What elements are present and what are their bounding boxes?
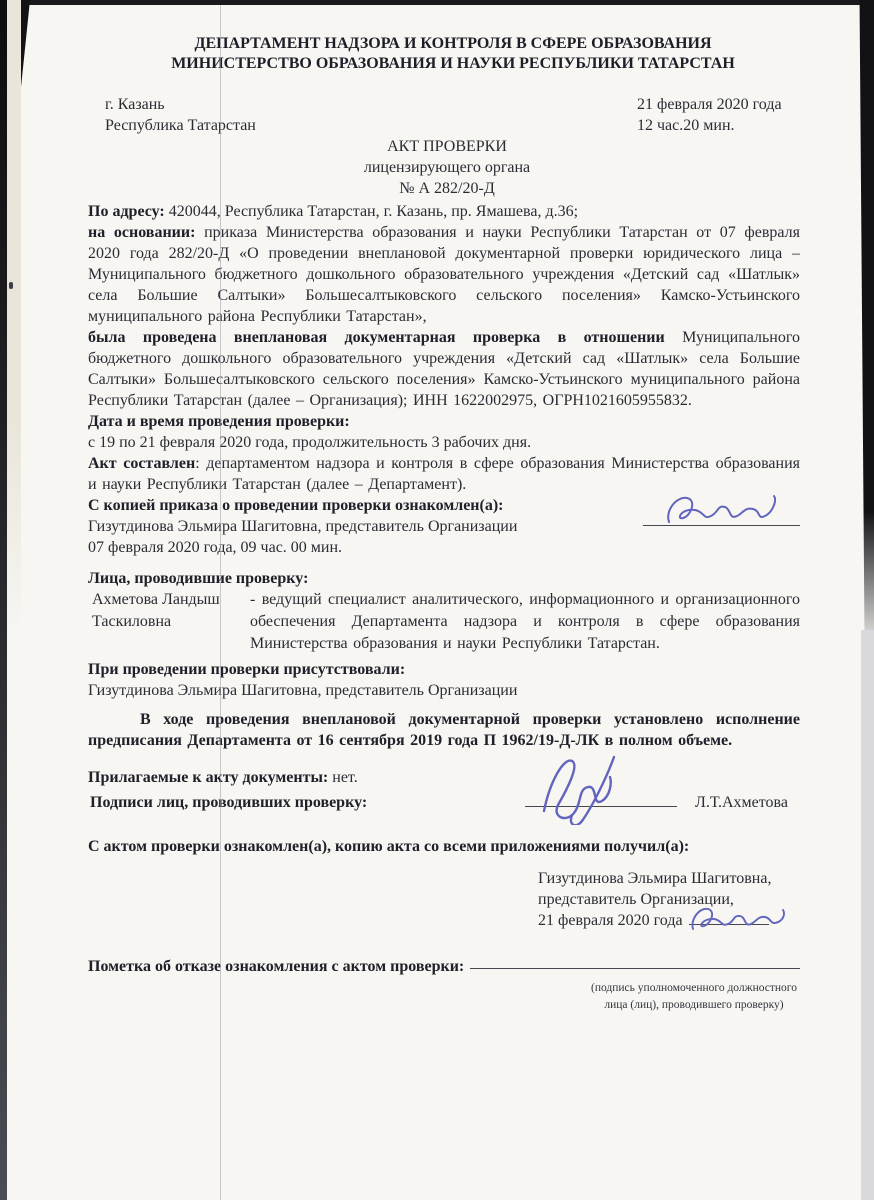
paragraph-composed: Акт составлен: департаментом надзора и к… xyxy=(88,453,800,495)
copy-person: Гизутдинова Эльмира Шагитовна, представи… xyxy=(88,516,517,537)
paragraph-copy-datetime: 07 февраля 2020 года, 09 час. 00 мин. xyxy=(88,537,800,558)
attachments-value: нет. xyxy=(328,769,357,786)
signature-field-1 xyxy=(643,511,800,532)
attachments-label: Прилагаемые к акту документы: xyxy=(88,769,328,786)
title-line-2: лицензирующего органа xyxy=(94,157,800,178)
signers-row: Подписи лиц, проводивших проверку: Л.Т.А… xyxy=(88,792,800,813)
receiver-name: Гизутдинова Эльмира Шагитовна, xyxy=(538,868,800,889)
doc-time: 12 час.20 мин. xyxy=(637,115,800,136)
paragraph-basis: на основании: приказа Министерства образ… xyxy=(88,222,800,327)
paragraph-conducted: была проведена внеплановая документарная… xyxy=(88,327,800,411)
place-region: Республика Татарстан xyxy=(105,115,256,136)
doc-date: 21 февраля 2020 года xyxy=(637,94,800,115)
scan-edge-left xyxy=(0,0,7,1200)
paragraph-inspectors-label: Лица, проводившие проверку: xyxy=(88,568,800,589)
datetime-label: Дата и время проведения проверки: xyxy=(88,413,350,430)
title-line-3: № А 282/20-Д xyxy=(94,178,800,199)
header-line-1: ДЕПАРТАМЕНТ НАДЗОРА И КОНТРОЛЯ В СФЕРЕ О… xyxy=(106,34,800,54)
signature-line-1 xyxy=(643,525,800,526)
receiver-date-row: 21 февраля 2020 года xyxy=(538,910,800,931)
paragraph-conclusion: В ходе проведения внеплановой документар… xyxy=(88,709,800,751)
composed-text: : департаментом надзора и контроля в сфе… xyxy=(88,455,800,493)
inspector-name-line-2: Таскиловна xyxy=(92,611,250,633)
signature-line-2 xyxy=(525,806,677,807)
document-header: ДЕПАРТАМЕНТ НАДЗОРА И КОНТРОЛЯ В СФЕРЕ О… xyxy=(88,34,800,74)
meta-row: г. Казань Республика Татарстан 21 феврал… xyxy=(88,94,800,136)
refusal-row: Пометка об отказе ознакомления с актом п… xyxy=(88,956,800,977)
present-label: При проведении проверки присутствовали: xyxy=(88,661,405,678)
receiver-role: представитель Организации, xyxy=(538,889,800,910)
scan-edge-top xyxy=(0,0,874,5)
paragraph-address: По адресу: 420044, Республика Татарстан,… xyxy=(88,201,800,222)
basis-text: приказа Министерства образования и науки… xyxy=(88,224,800,325)
inspectors-label: Лица, проводившие проверку: xyxy=(88,570,308,587)
signer-name: Л.Т.Ахметова xyxy=(695,792,788,813)
conducted-label: была проведена внеплановая документарная… xyxy=(88,329,665,346)
signatures-label: Подписи лиц, проводивших проверку: xyxy=(90,794,367,811)
scan-crease-line xyxy=(220,0,221,1200)
conclusion-text: В ходе проведения внеплановой документар… xyxy=(88,711,800,749)
composed-label: Акт составлен xyxy=(88,455,195,472)
refusal-note-line-1: (подпись уполномоченного должностного xyxy=(543,980,845,997)
title-line-1: АКТ ПРОВЕРКИ xyxy=(94,136,800,157)
acquainted-label: С актом проверки ознакомлен(а), копию ак… xyxy=(88,838,689,855)
inspector-row: Ахметова Ландыш Таскиловна - ведущий спе… xyxy=(88,589,800,655)
paragraph-acquainted: С актом проверки ознакомлен(а), копию ак… xyxy=(88,836,800,857)
scan-paper-edge-strip xyxy=(7,0,21,640)
header-line-2: МИНИСТЕРСТВО ОБРАЗОВАНИЯ И НАУКИ РЕСПУБЛ… xyxy=(106,54,800,74)
signature-ink-2 xyxy=(516,753,656,825)
refusal-note-line-2: лица (лиц), проводившего проверку) xyxy=(543,997,845,1014)
page-content: ДЕПАРТАМЕНТ НАДЗОРА И КОНТРОЛЯ В СФЕРЕ О… xyxy=(88,0,800,1014)
paragraph-datetime-value: с 19 по 21 февраля 2020 года, продолжите… xyxy=(88,432,800,453)
scan-edge-right-light xyxy=(861,630,874,1200)
datetime-block: 21 февраля 2020 года 12 час.20 мин. xyxy=(637,94,800,136)
address-label: По адресу: xyxy=(88,203,165,220)
paragraph-present-person: Гизутдинова Эльмира Шагитовна, представи… xyxy=(88,680,800,701)
paragraph-datetime-label: Дата и время проведения проверки: xyxy=(88,411,800,432)
scanned-document-page: ДЕПАРТАМЕНТ НАДЗОРА И КОНТРОЛЯ В СФЕРЕ О… xyxy=(0,0,874,1200)
scan-speck xyxy=(9,282,13,289)
refusal-line xyxy=(470,968,800,969)
refusal-note: (подпись уполномоченного должностного ли… xyxy=(543,980,845,1014)
inspector-name-line-1: Ахметова Ландыш xyxy=(92,589,250,611)
document-title: АКТ ПРОВЕРКИ лицензирующего органа № А 2… xyxy=(88,136,800,199)
scan-edge-right-dark xyxy=(857,0,874,655)
basis-label: на основании: xyxy=(88,224,195,241)
place-city: г. Казань xyxy=(105,94,256,115)
receiver-date: 21 февраля 2020 года xyxy=(538,912,683,929)
refusal-label: Пометка об отказе ознакомления с актом п… xyxy=(88,958,464,975)
copy-label: С копией приказа о проведении проверки о… xyxy=(88,497,504,514)
copy-signature-row: Гизутдинова Эльмира Шагитовна, представи… xyxy=(88,516,800,537)
inspector-role: - ведущий специалист аналитического, инф… xyxy=(250,589,800,655)
receiver-block: Гизутдинова Эльмира Шагитовна, представи… xyxy=(538,868,800,931)
inspector-name: Ахметова Ландыш Таскиловна xyxy=(88,589,250,655)
paragraph-attachments: Прилагаемые к акту документы: нет. xyxy=(88,767,800,788)
address-text: 420044, Республика Татарстан, г. Казань,… xyxy=(165,203,578,220)
paragraph-present-label: При проведении проверки присутствовали: xyxy=(88,659,800,680)
signature-line-3 xyxy=(689,924,769,925)
place-block: г. Казань Республика Татарстан xyxy=(88,94,256,136)
